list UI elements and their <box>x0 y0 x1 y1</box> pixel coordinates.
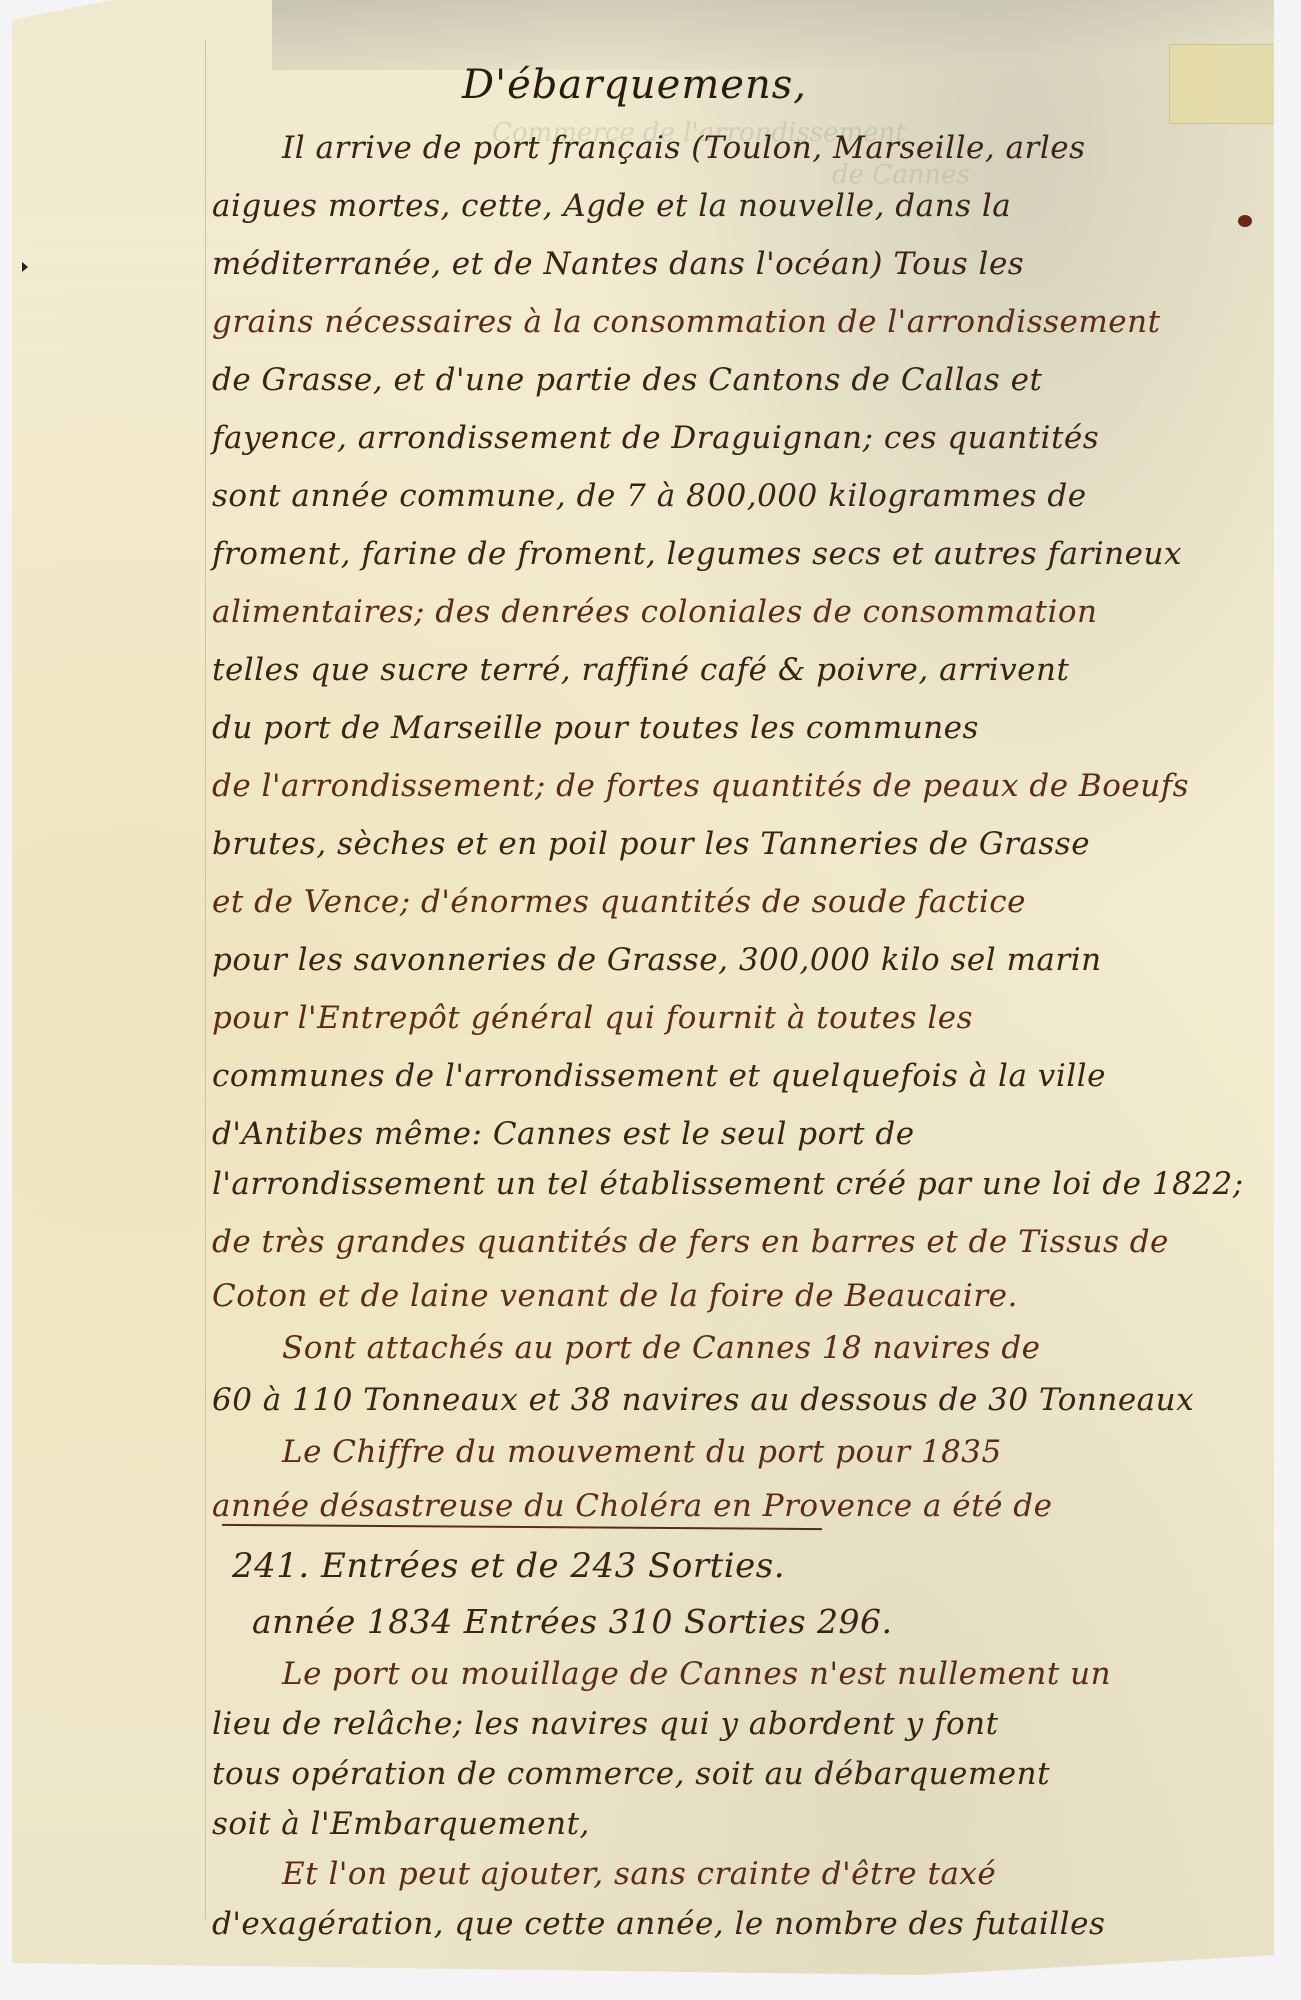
manuscript-line: de Grasse, et d'une partie des Cantons d… <box>212 362 1272 398</box>
margin-mark-icon <box>22 262 28 272</box>
manuscript-line: de très grandes quantités de fers en bar… <box>212 1224 1272 1260</box>
manuscript-line: Coton et de laine venant de la foire de … <box>212 1278 1272 1314</box>
manuscript-line: 241. Entrées et de 243 Sorties. <box>232 1546 1292 1586</box>
manuscript-line: Le Chiffre du mouvement du port pour 183… <box>282 1434 1301 1470</box>
underline-rule <box>222 1524 822 1530</box>
manuscript-line: telles que sucre terré, raffiné café & p… <box>212 652 1272 688</box>
manuscript-line: d'exagération, que cette année, le nombr… <box>212 1906 1272 1942</box>
fold-shadow <box>272 0 1292 70</box>
manuscript-line: grains nécessaires à la consommation de … <box>212 304 1272 340</box>
manuscript-line: froment, farine de froment, legumes secs… <box>212 536 1272 572</box>
manuscript-line: de l'arrondissement; de fortes quantités… <box>212 768 1272 804</box>
manuscript-line: Sont attachés au port de Cannes 18 navir… <box>282 1330 1301 1366</box>
manuscript-line: 60 à 110 Tonneaux et 38 navires au desso… <box>212 1382 1272 1418</box>
manuscript-line: Et l'on peut ajouter, sans crainte d'êtr… <box>282 1856 1301 1892</box>
manuscript-line: pour l'Entrepôt général qui fournit à to… <box>212 1000 1272 1036</box>
manuscript-page: Commerce de l'arrondissement de Cannes D… <box>12 0 1274 1975</box>
manuscript-line: communes de l'arrondissement et quelquef… <box>212 1058 1272 1094</box>
manuscript-line: du port de Marseille pour toutes les com… <box>212 710 1272 746</box>
manuscript-line: sont année commune, de 7 à 800,000 kilog… <box>212 478 1272 514</box>
manuscript-line: alimentaires; des denrées coloniales de … <box>212 594 1272 630</box>
manuscript-line: tous opération de commerce, soit au déba… <box>212 1756 1272 1792</box>
manuscript-line: aigues mortes, cette, Agde et la nouvell… <box>212 188 1272 224</box>
document-title: D'ébarquemens, <box>462 62 807 108</box>
adhesive-tape <box>1169 44 1301 124</box>
manuscript-line: l'arrondissement un tel établissement cr… <box>212 1166 1272 1202</box>
manuscript-line: année désastreuse du Choléra en Provence… <box>212 1488 1272 1524</box>
manuscript-line: brutes, sèches et en poil pour les Tanne… <box>212 826 1272 862</box>
manuscript-line: Le port ou mouillage de Cannes n'est nul… <box>282 1656 1301 1692</box>
manuscript-line: fayence, arrondissement de Draguignan; c… <box>212 420 1272 456</box>
manuscript-line: année 1834 Entrées 310 Sorties 296. <box>252 1602 1301 1641</box>
manuscript-line: Il arrive de port français (Toulon, Mars… <box>282 130 1301 166</box>
left-margin-rule <box>205 40 206 1920</box>
manuscript-line: soit à l'Embarquement, <box>212 1806 1272 1842</box>
manuscript-line: lieu de relâche; les navires qui y abord… <box>212 1706 1272 1742</box>
manuscript-line: méditerranée, et de Nantes dans l'océan)… <box>212 246 1272 282</box>
manuscript-line: d'Antibes même: Cannes est le seul port … <box>212 1116 1272 1152</box>
manuscript-line: pour les savonneries de Grasse, 300,000 … <box>212 942 1272 978</box>
manuscript-line: et de Vence; d'énormes quantités de soud… <box>212 884 1272 920</box>
